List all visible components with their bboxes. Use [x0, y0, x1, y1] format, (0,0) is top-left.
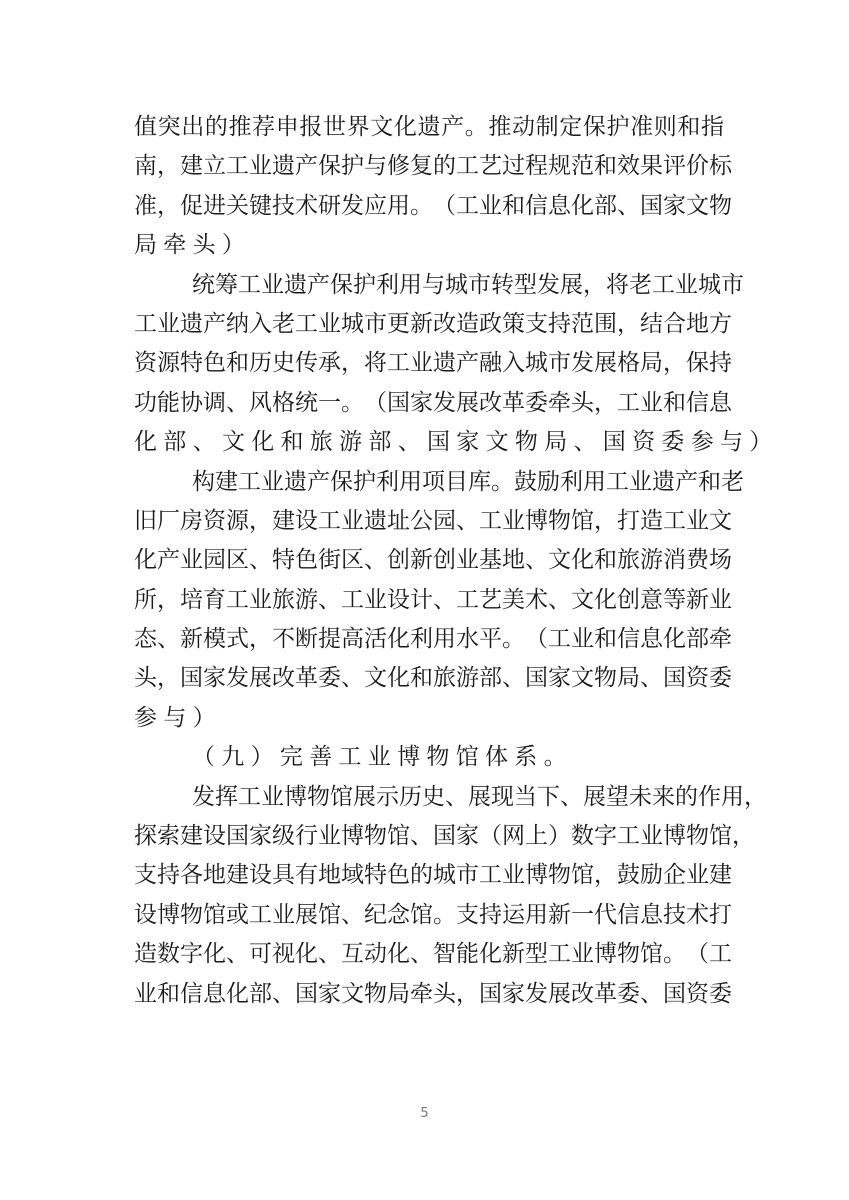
text-line: 资源特色和历史传承，将工业遗产融入城市发展格局，保持: [134, 344, 724, 383]
text-line: 所，培育工业旅游、工业设计、工艺美术、文化创意等新业: [134, 581, 724, 620]
text-line: 化部、文化和旅游部、国家文物局、国资委参与）: [134, 423, 724, 462]
section-heading: （九）完善工业博物馆体系。: [134, 738, 724, 777]
text-line: 业和信息化部、国家文物局牵头，国家发展改革委、国资委: [134, 975, 724, 1014]
text-line: 造数字化、可视化、互动化、智能化新型工业博物馆。（工: [134, 935, 724, 974]
text-line: 统筹工业遗产保护利用与城市转型发展，将老工业城市: [134, 266, 724, 305]
paragraph: 发挥工业博物馆展示历史、展现当下、展望未来的作用，探索建设国家级行业博物馆、国家…: [134, 778, 724, 1014]
text-line: 工业遗产纳入老工业城市更新改造政策支持范围，结合地方: [134, 305, 724, 344]
paragraph: 构建工业遗产保护利用项目库。鼓励利用工业遗产和老旧厂房资源，建设工业遗址公园、工…: [134, 463, 724, 739]
document-page: 值突出的推荐申报世界文化遗产。推动制定保护准则和指南，建立工业遗产保护与修复的工…: [0, 0, 849, 1200]
text-line: 头，国家发展改革委、文化和旅游部、国家文物局、国资委: [134, 659, 724, 698]
text-line: 态、新模式，不断提高活化利用水平。（工业和信息化部牵: [134, 620, 724, 659]
text-line: 构建工业遗产保护利用项目库。鼓励利用工业遗产和老: [134, 463, 724, 502]
text-line: 支持各地建设具有地域特色的城市工业博物馆，鼓励企业建: [134, 856, 724, 895]
text-line: 设博物馆或工业展馆、纪念馆。支持运用新一代信息技术打: [134, 896, 724, 935]
paragraph: 值突出的推荐申报世界文化遗产。推动制定保护准则和指南，建立工业遗产保护与修复的工…: [134, 108, 724, 266]
text-line: 发挥工业博物馆展示历史、展现当下、展望未来的作用，: [134, 778, 724, 817]
text-line: 化产业园区、特色街区、创新创业基地、文化和旅游消费场: [134, 541, 724, 580]
page-number: 5: [0, 1106, 849, 1121]
text-line: 准，促进关键技术研发应用。（工业和信息化部、国家文物: [134, 187, 724, 226]
text-line: 旧厂房资源，建设工业遗址公园、工业博物馆，打造工业文: [134, 502, 724, 541]
text-line: 探索建设国家级行业博物馆、国家（网上）数字工业博物馆，: [134, 817, 724, 856]
text-line: 参与）: [134, 699, 724, 738]
paragraph: 统筹工业遗产保护利用与城市转型发展，将老工业城市工业遗产纳入老工业城市更新改造政…: [134, 266, 724, 463]
text-line: 值突出的推荐申报世界文化遗产。推动制定保护准则和指: [134, 108, 724, 147]
text-line: 南，建立工业遗产保护与修复的工艺过程规范和效果评价标: [134, 147, 724, 186]
text-line: 功能协调、风格统一。（国家发展改革委牵头，工业和信息: [134, 384, 724, 423]
text-line: 局牵头）: [134, 226, 724, 265]
document-body: 值突出的推荐申报世界文化遗产。推动制定保护准则和指南，建立工业遗产保护与修复的工…: [134, 108, 724, 1014]
text-line: （九）完善工业博物馆体系。: [134, 738, 724, 777]
